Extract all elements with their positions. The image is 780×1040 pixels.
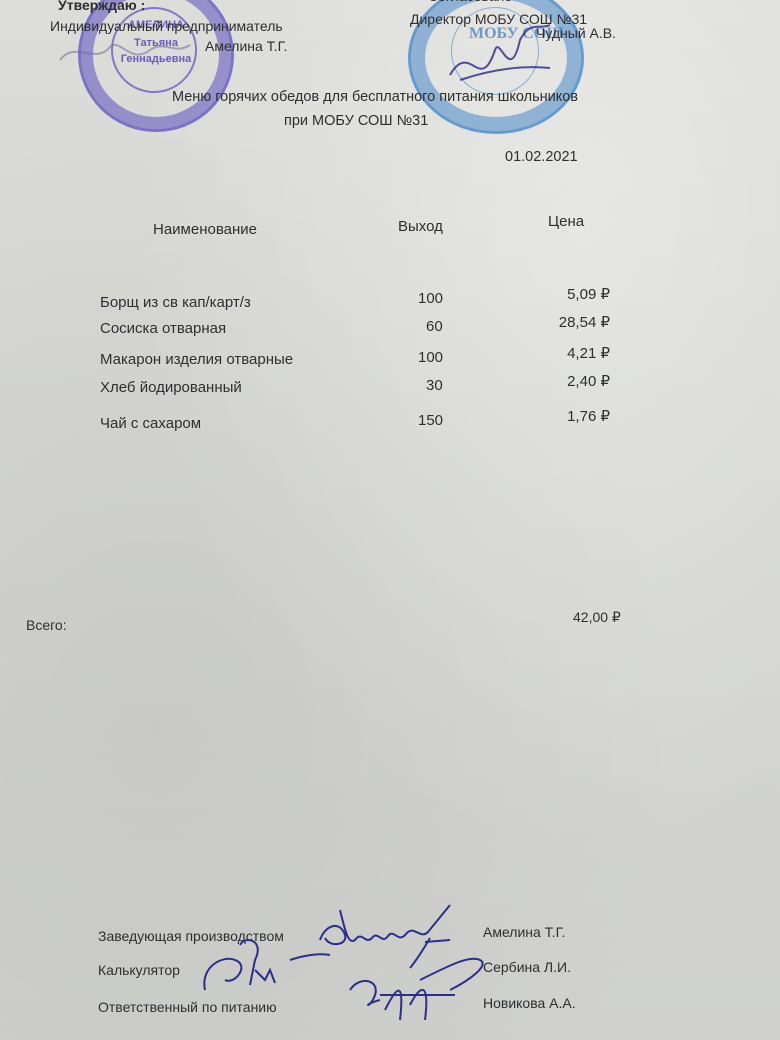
signature-approval-left — [55, 35, 195, 75]
signature-role: Калькулятор — [98, 961, 180, 979]
row-output: 100 — [418, 349, 443, 367]
header-name: Наименование — [153, 221, 257, 239]
header-output: Выход — [398, 218, 443, 236]
approval-right-name: Чудный А.В. — [536, 24, 616, 42]
row-name: Борщ из св кап/карт/з — [100, 294, 251, 312]
row-price: 2,40 ₽ — [567, 373, 610, 391]
signature-production-head — [310, 900, 470, 970]
approval-left-heading: Утверждаю : — [58, 0, 145, 14]
document-title: Меню горячих обедов для бесплатного пита… — [172, 88, 578, 106]
document-page: АМЕЛИНА Татьяна Геннадьевна МОБУ СОШ Утв… — [0, 0, 780, 1040]
row-output: 30 — [426, 377, 443, 395]
row-price: 5,09 ₽ — [567, 286, 610, 304]
signature-role: Ответственный по питанию — [98, 998, 277, 1016]
approval-left-position: Индивидуальный предприниматель — [50, 17, 283, 35]
document-subtitle: при МОБУ СОШ №31 — [284, 112, 428, 130]
row-name: Чай с сахаром — [100, 415, 201, 433]
row-name: Хлеб йодированный — [100, 379, 242, 397]
row-name: Сосиска отварная — [100, 320, 226, 338]
total-label: Всего: — [26, 616, 67, 634]
approval-left-name: Амелина Т.Г. — [205, 37, 287, 55]
approval-right-heading: Согласовано — [428, 0, 512, 5]
signature-name: Новикова А.А. — [483, 994, 576, 1012]
row-name: Макарон изделия отварные — [100, 351, 293, 369]
row-price: 1,76 ₽ — [567, 408, 610, 426]
signature-nutrition-responsible — [340, 950, 500, 1030]
document-date: 01.02.2021 — [505, 148, 578, 166]
row-price: 4,21 ₽ — [567, 345, 610, 363]
signature-role: Заведующая производством — [98, 927, 284, 945]
signature-name: Сербина Л.И. — [483, 958, 571, 976]
signature-name: Амелина Т.Г. — [483, 923, 565, 941]
header-price: Цена — [548, 213, 584, 231]
row-output: 60 — [426, 318, 443, 336]
row-output: 100 — [418, 290, 443, 308]
row-output: 150 — [418, 412, 443, 430]
total-value: 42,00 ₽ — [573, 608, 621, 626]
row-price: 28,54 ₽ — [559, 314, 610, 332]
